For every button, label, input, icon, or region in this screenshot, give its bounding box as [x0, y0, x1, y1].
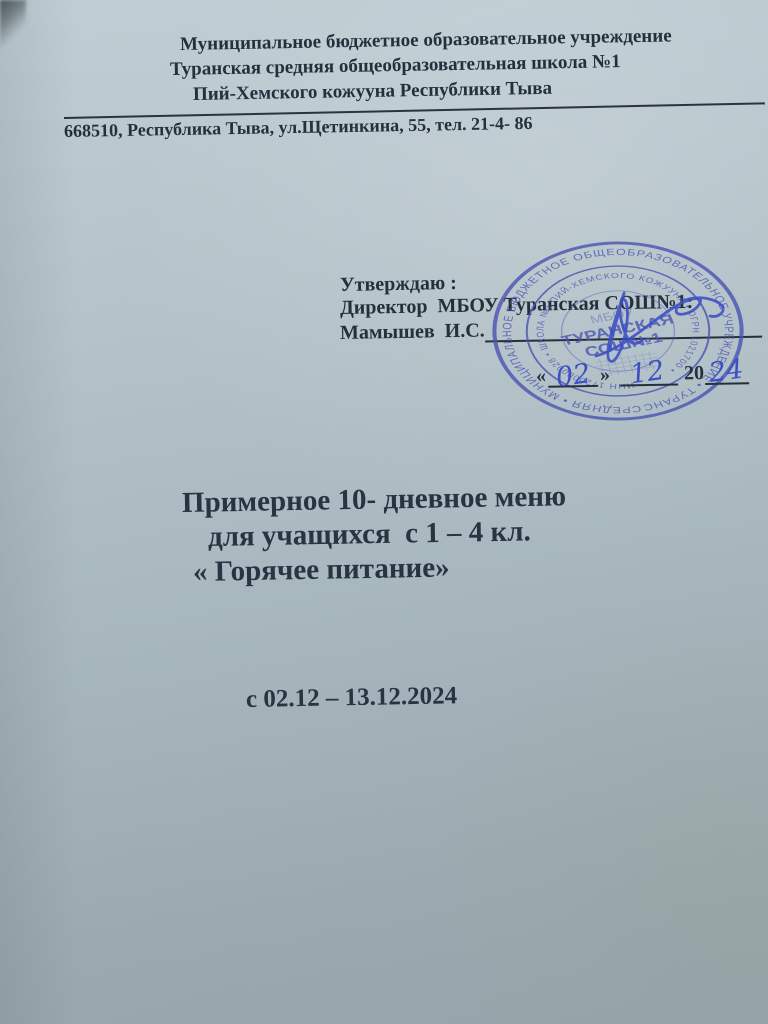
letterhead-line-2: Туранская средняя общеобразовательная шк…: [170, 51, 621, 81]
menu-period: с 02.12 – 13.12.2024: [246, 682, 458, 714]
letterhead-line-3: Пий-Хемского кожууна Республики Тыва: [193, 78, 552, 106]
doc-title-line-2: для учащихся с 1 – 4 кл.: [208, 515, 531, 554]
photographed-document-page: { "header": { "line1": "Муниципальное бю…: [0, 0, 768, 1024]
approval-director-name: Мамышев И.С.: [340, 319, 485, 345]
director-signature: [572, 266, 742, 376]
approval-label: Утверждаю :: [340, 272, 457, 297]
doc-title-line-1: Примерное 10- дневное меню: [182, 480, 567, 520]
doc-title-line-3: « Горячее питание»: [193, 552, 450, 589]
photo-corner-shadow: [0, 0, 26, 56]
open-guillemet: «: [536, 365, 546, 388]
